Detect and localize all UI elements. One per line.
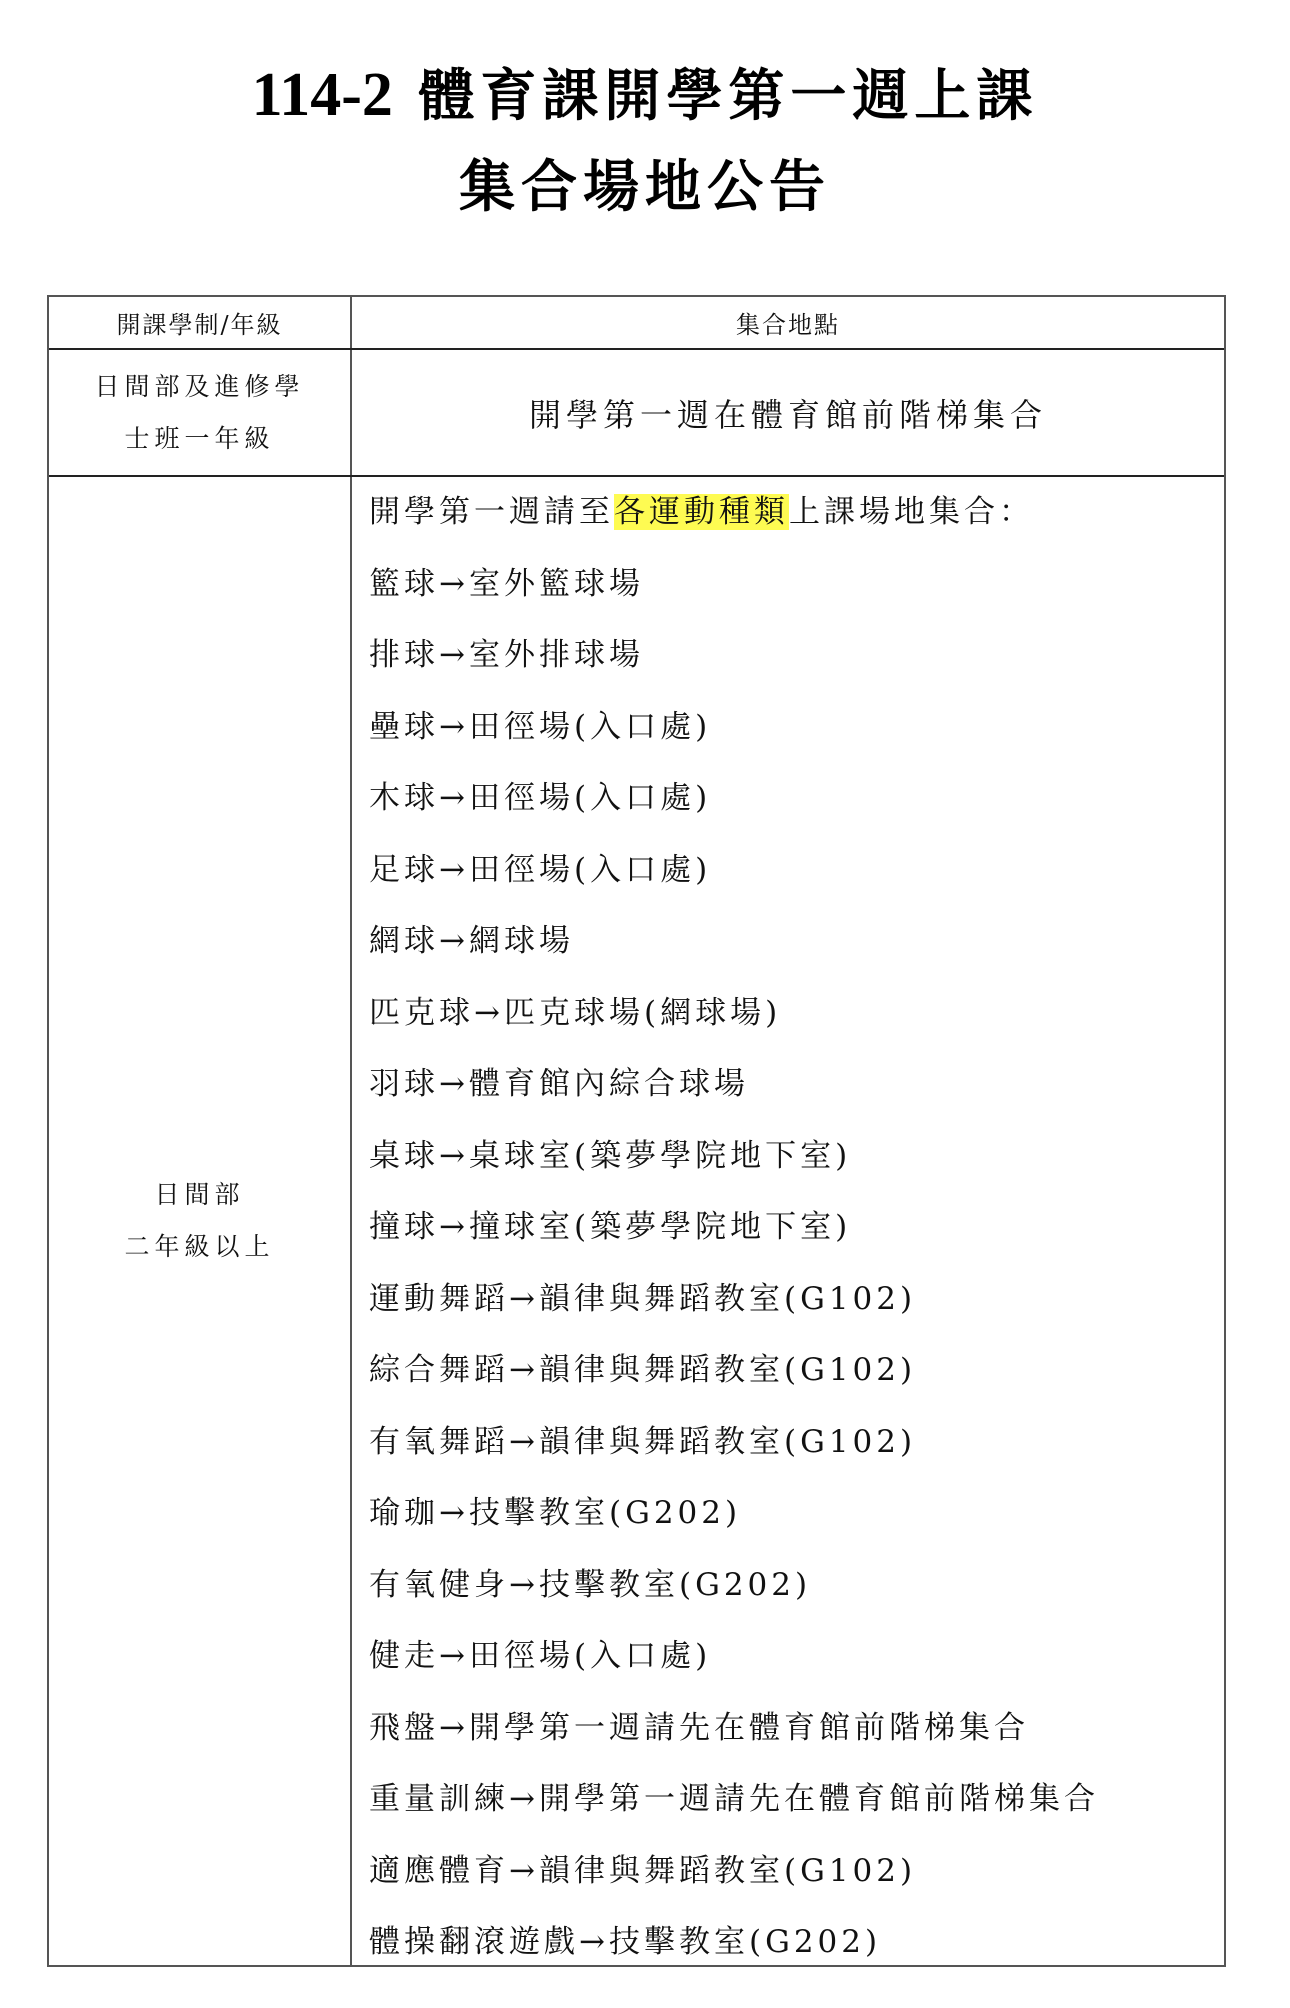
list-item: 桌球→桌球室(築夢學院地下室) [369,1128,1219,1200]
highlighted-text: 各運動種類 [614,494,789,530]
list-item: 體操翻滾遊戲→技擊教室(G202) [369,1914,1219,1986]
list-item: 綜合舞蹈→韻律與舞蹈教室(G102) [369,1342,1219,1414]
title-text: 體育課開學第一週上課 [418,64,1038,129]
list-item: 適應體育→韻律與舞蹈教室(G102) [369,1843,1219,1915]
list-item: 匹克球→匹克球場(網球場) [369,985,1219,1057]
list-item: 有氧健身→技擊教室(G202) [369,1557,1219,1629]
list-item: 籃球→室外籃球場 [369,556,1219,628]
title-term-number: 114-2 [252,61,393,129]
list-item: 運動舞蹈→韻律與舞蹈教室(G102) [369,1271,1219,1343]
list-item: 足球→田徑場(入口處) [369,842,1219,914]
row2-group: 日間部 二年級以上 [49,477,350,1965]
row1-group: 日間部及進修學 士班一年級 [49,350,350,475]
row2-group-line1: 日間部 [154,1169,244,1221]
document-title-line1: 114-2 體育課開學第一週上課 [0,64,1290,126]
sport-location-list: 開學第一週請至各運動種類上課場地集合： 籃球→室外籃球場 排球→室外排球場 壘球… [369,484,1219,1986]
list-item: 飛盤→開學第一週請先在體育館前階梯集合 [369,1700,1219,1772]
list-item: 羽球→體育館內綜合球場 [369,1056,1219,1128]
list-item: 木球→田徑場(入口處) [369,770,1219,842]
row1-group-line2: 士班一年級 [124,413,274,465]
column-divider [350,297,352,1965]
header-grade: 開課學制/年級 [49,297,350,348]
list-item: 排球→室外排球場 [369,627,1219,699]
intro-text: 開學第一週請至 [369,494,614,530]
list-item: 壘球→田徑場(入口處) [369,699,1219,771]
header-location: 集合地點 [352,297,1224,348]
list-intro: 開學第一週請至各運動種類上課場地集合： [369,484,1219,556]
list-item: 有氧舞蹈→韻律與舞蹈教室(G102) [369,1414,1219,1486]
list-item: 網球→網球場 [369,913,1219,985]
row2-group-line2: 二年級以上 [124,1221,274,1273]
list-item: 健走→田徑場(入口處) [369,1628,1219,1700]
document-title-line2: 集合場地公告 [0,160,1290,216]
intro-text-end: 上課場地集合： [789,494,1034,530]
list-item: 重量訓練→開學第一週請先在體育館前階梯集合 [369,1771,1219,1843]
row1-group-line1: 日間部及進修學 [94,361,304,413]
list-item: 撞球→撞球室(築夢學院地下室) [369,1199,1219,1271]
assembly-location-table: 開課學制/年級 集合地點 日間部及進修學 士班一年級 開學第一週在體育館前階梯集… [47,295,1226,1967]
row1-location: 開學第一週在體育館前階梯集合 [352,350,1224,475]
list-item: 瑜珈→技擊教室(G202) [369,1485,1219,1557]
